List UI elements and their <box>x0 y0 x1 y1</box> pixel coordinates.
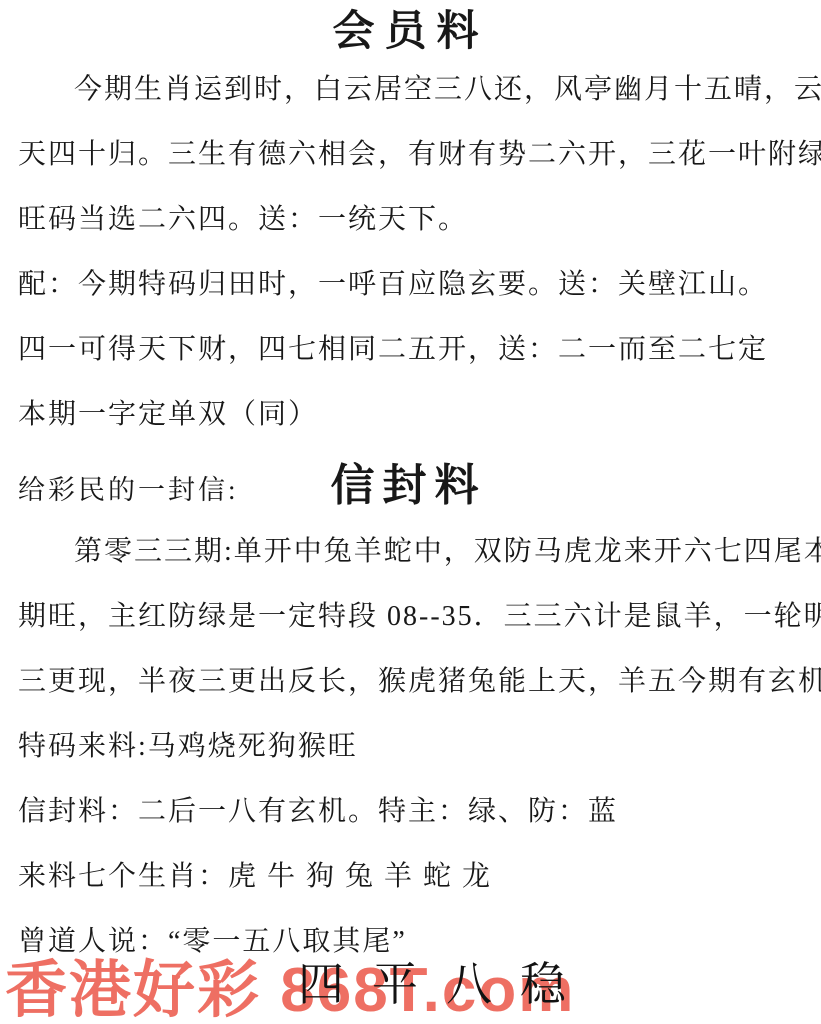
member-text-line: 旺码当选二六四。送：一统天下。 <box>18 202 805 238</box>
footer-watermark-area: 香港好彩 868T.com 四平八稳 <box>0 938 821 1024</box>
envelope-text-line: 来料七个生肖：虎 牛 狗 兔 羊 蛇 龙 <box>18 859 805 895</box>
envelope-text-line: 第零三三期:单开中兔羊蛇中，双防马虎龙来开六七四尾本 <box>18 534 805 570</box>
member-text-line: 天四十归。三生有德六相会，有财有势二六开，三花一叶附绿枝， <box>18 137 805 173</box>
envelope-text-line: 信封料：二后一八有玄机。特主：绿、防：蓝 <box>18 794 805 830</box>
member-text-line: 本期一字定单双（同） <box>18 397 805 433</box>
handwritten-overlay-text: 四平八稳 <box>298 948 594 1014</box>
member-text-line: 配：今期特码归田时，一呼百应隐玄要。送：关壁江山。 <box>18 267 805 303</box>
member-section-title: 会员料 <box>0 6 821 58</box>
envelope-text-line: 期旺，主红防绿是一定特段 08--35．三三六计是鼠羊，一轮明月 <box>18 599 805 635</box>
document-body: 今期生肖运到时，白云居空三八还，风亭幽月十五晴，云路爷 天四十归。三生有德六相会… <box>0 58 821 960</box>
member-text-line: 四一可得天下财，四七相同二五开，送：二一而至二七定 <box>18 332 805 368</box>
member-text-line: 今期生肖运到时，白云居空三八还，风亭幽月十五晴，云路爷 <box>18 72 805 108</box>
envelope-section-header: 给彩民的一封信: 信封料 <box>18 462 805 510</box>
envelope-text-line: 特码来料:马鸡烧死狗猴旺 <box>18 729 805 765</box>
envelope-intro-label: 给彩民的一封信: <box>18 470 239 510</box>
envelope-section-title: 信封料 <box>331 462 487 510</box>
lottery-tip-sheet-page: 会员料 今期生肖运到时，白云居空三八还，风亭幽月十五晴，云路爷 天四十归。三生有… <box>0 0 821 1024</box>
envelope-text-line: 三更现，半夜三更出反长，猴虎猪兔能上天，羊五今期有玄机、 <box>18 664 805 700</box>
